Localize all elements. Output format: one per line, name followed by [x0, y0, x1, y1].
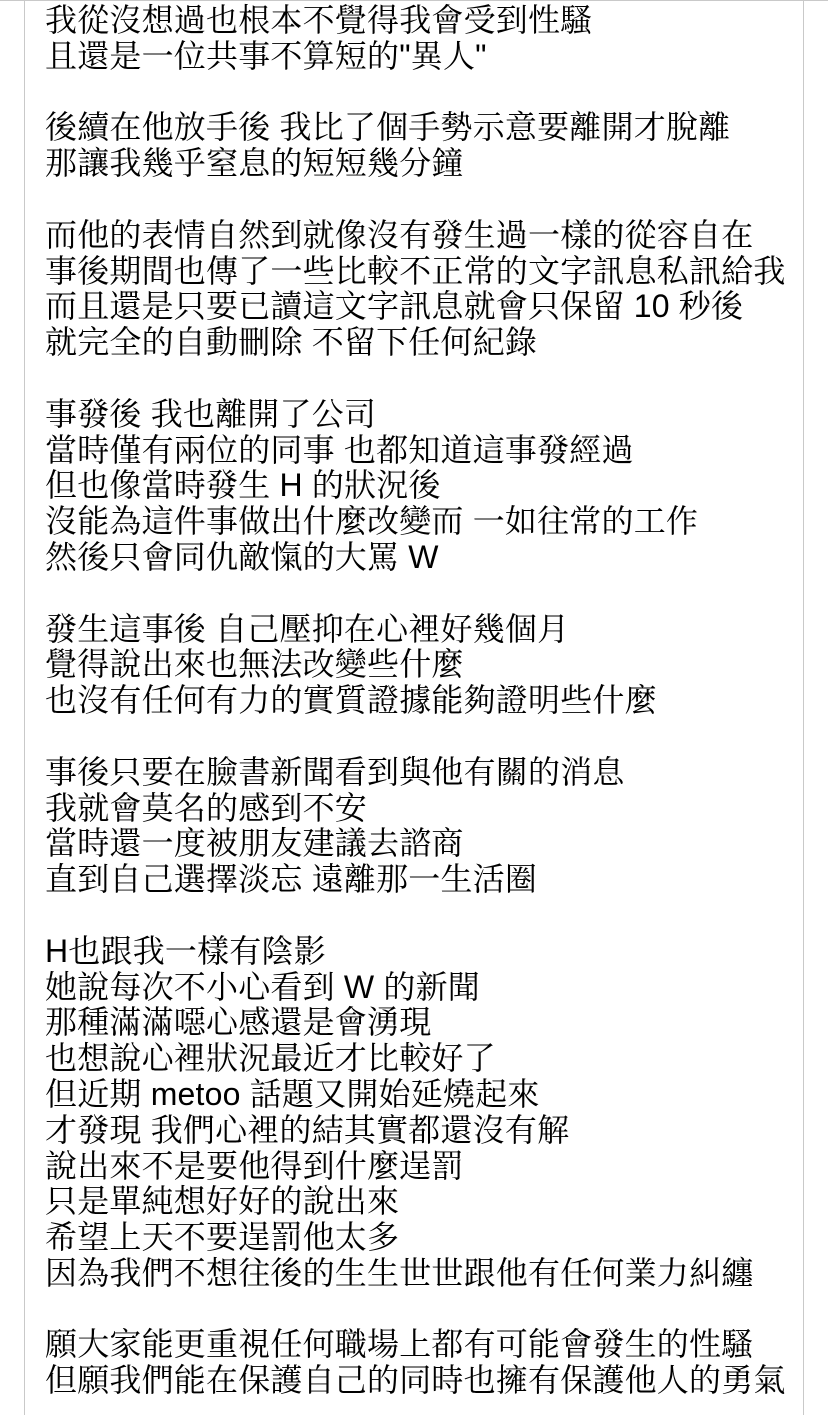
text-line: 就完全的自動刪除 不留下任何紀錄 [45, 325, 790, 361]
paragraph: 事後只要在臉書新聞看到與他有關的消息我就會莫名的感到不安當時還一度被朋友建議去諮… [45, 755, 790, 898]
paragraph: 願大家能更重視任何職場上都有可能會發生的性騷但願我們能在保護自己的同時也擁有保護… [45, 1327, 790, 1399]
text-line: H也跟我一樣有陰影 [45, 934, 790, 970]
text-line: 但也像當時發生 H 的狀況後 [45, 468, 790, 504]
text-line: 當時僅有兩位的同事 也都知道這事發經過 [45, 433, 790, 469]
text-line: 那種滿滿噁心感還是會湧現 [45, 1005, 790, 1041]
text-line: 發生這事後 自己壓抑在心裡好幾個月 [45, 612, 790, 648]
text-line: 願大家能更重視任何職場上都有可能會發生的性騷 [45, 1327, 790, 1363]
text-line: 事發後 我也離開了公司 [45, 397, 790, 433]
text-line: 直到自己選擇淡忘 遠離那一生活圈 [45, 862, 790, 898]
text-line: 而且還是只要已讀這文字訊息就會只保留 10 秒後 [45, 289, 790, 325]
text-line: 因為我們不想往後的生生世世跟他有任何業力糾纏 [45, 1256, 790, 1292]
text-line: 說出來不是要他得到什麼逞罰 [45, 1149, 790, 1185]
post-screenshot: 我從沒想過也根本不覺得我會受到性騷且還是一位共事不算短的"異人"後續在他放手後 … [0, 0, 828, 1415]
text-line: 當時還一度被朋友建議去諮商 [45, 826, 790, 862]
paragraph: 事發後 我也離開了公司當時僅有兩位的同事 也都知道這事發經過但也像當時發生 H … [45, 397, 790, 576]
text-line: 只是單純想好好的說出來 [45, 1184, 790, 1220]
text-line: 那讓我幾乎窒息的短短幾分鐘 [45, 146, 790, 182]
text-line: 而他的表情自然到就像沒有發生過一樣的從容自在 [45, 218, 790, 254]
text-line: 後續在他放手後 我比了個手勢示意要離開才脫離 [45, 110, 790, 146]
text-line: 希望上天不要逞罰他太多 [45, 1220, 790, 1256]
text-line: 覺得說出來也無法改變些什麼 [45, 647, 790, 683]
text-line: 才發現 我們心裡的結其實都還沒有解 [45, 1113, 790, 1149]
left-rule [24, 0, 25, 1415]
paragraph: 發生這事後 自己壓抑在心裡好幾個月覺得說出來也無法改變些什麼也沒有任何有力的實質… [45, 612, 790, 719]
text-line: 也沒有任何有力的實質證據能夠證明些什麼 [45, 683, 790, 719]
text-line: 事後只要在臉書新聞看到與他有關的消息 [45, 755, 790, 791]
post-text: 我從沒想過也根本不覺得我會受到性騷且還是一位共事不算短的"異人"後續在他放手後 … [45, 3, 790, 1399]
paragraph: 我從沒想過也根本不覺得我會受到性騷且還是一位共事不算短的"異人" [45, 3, 790, 75]
text-line: 且還是一位共事不算短的"異人" [45, 39, 790, 75]
paragraph: H也跟我一樣有陰影她說每次不小心看到 W 的新聞那種滿滿噁心感還是會湧現也想說心… [45, 934, 790, 1292]
top-rule [0, 0, 828, 1]
text-line: 也想說心裡狀況最近才比較好了 [45, 1041, 790, 1077]
text-line: 我就會莫名的感到不安 [45, 791, 790, 827]
text-line: 但願我們能在保護自己的同時也擁有保護他人的勇氣 [45, 1363, 790, 1399]
text-line: 事後期間也傳了一些比較不正常的文字訊息私訊給我 [45, 254, 790, 290]
text-line: 但近期 metoo 話題又開始延燒起來 [45, 1077, 790, 1113]
paragraph: 而他的表情自然到就像沒有發生過一樣的從容自在事後期間也傳了一些比較不正常的文字訊… [45, 218, 790, 361]
text-line: 她說每次不小心看到 W 的新聞 [45, 970, 790, 1006]
right-rule [803, 0, 804, 1415]
text-line: 我從沒想過也根本不覺得我會受到性騷 [45, 3, 790, 39]
text-line: 沒能為這件事做出什麼改變而 一如往常的工作 [45, 504, 790, 540]
paragraph: 後續在他放手後 我比了個手勢示意要離開才脫離那讓我幾乎窒息的短短幾分鐘 [45, 110, 790, 182]
text-line: 然後只會同仇敵愾的大罵 W [45, 540, 790, 576]
